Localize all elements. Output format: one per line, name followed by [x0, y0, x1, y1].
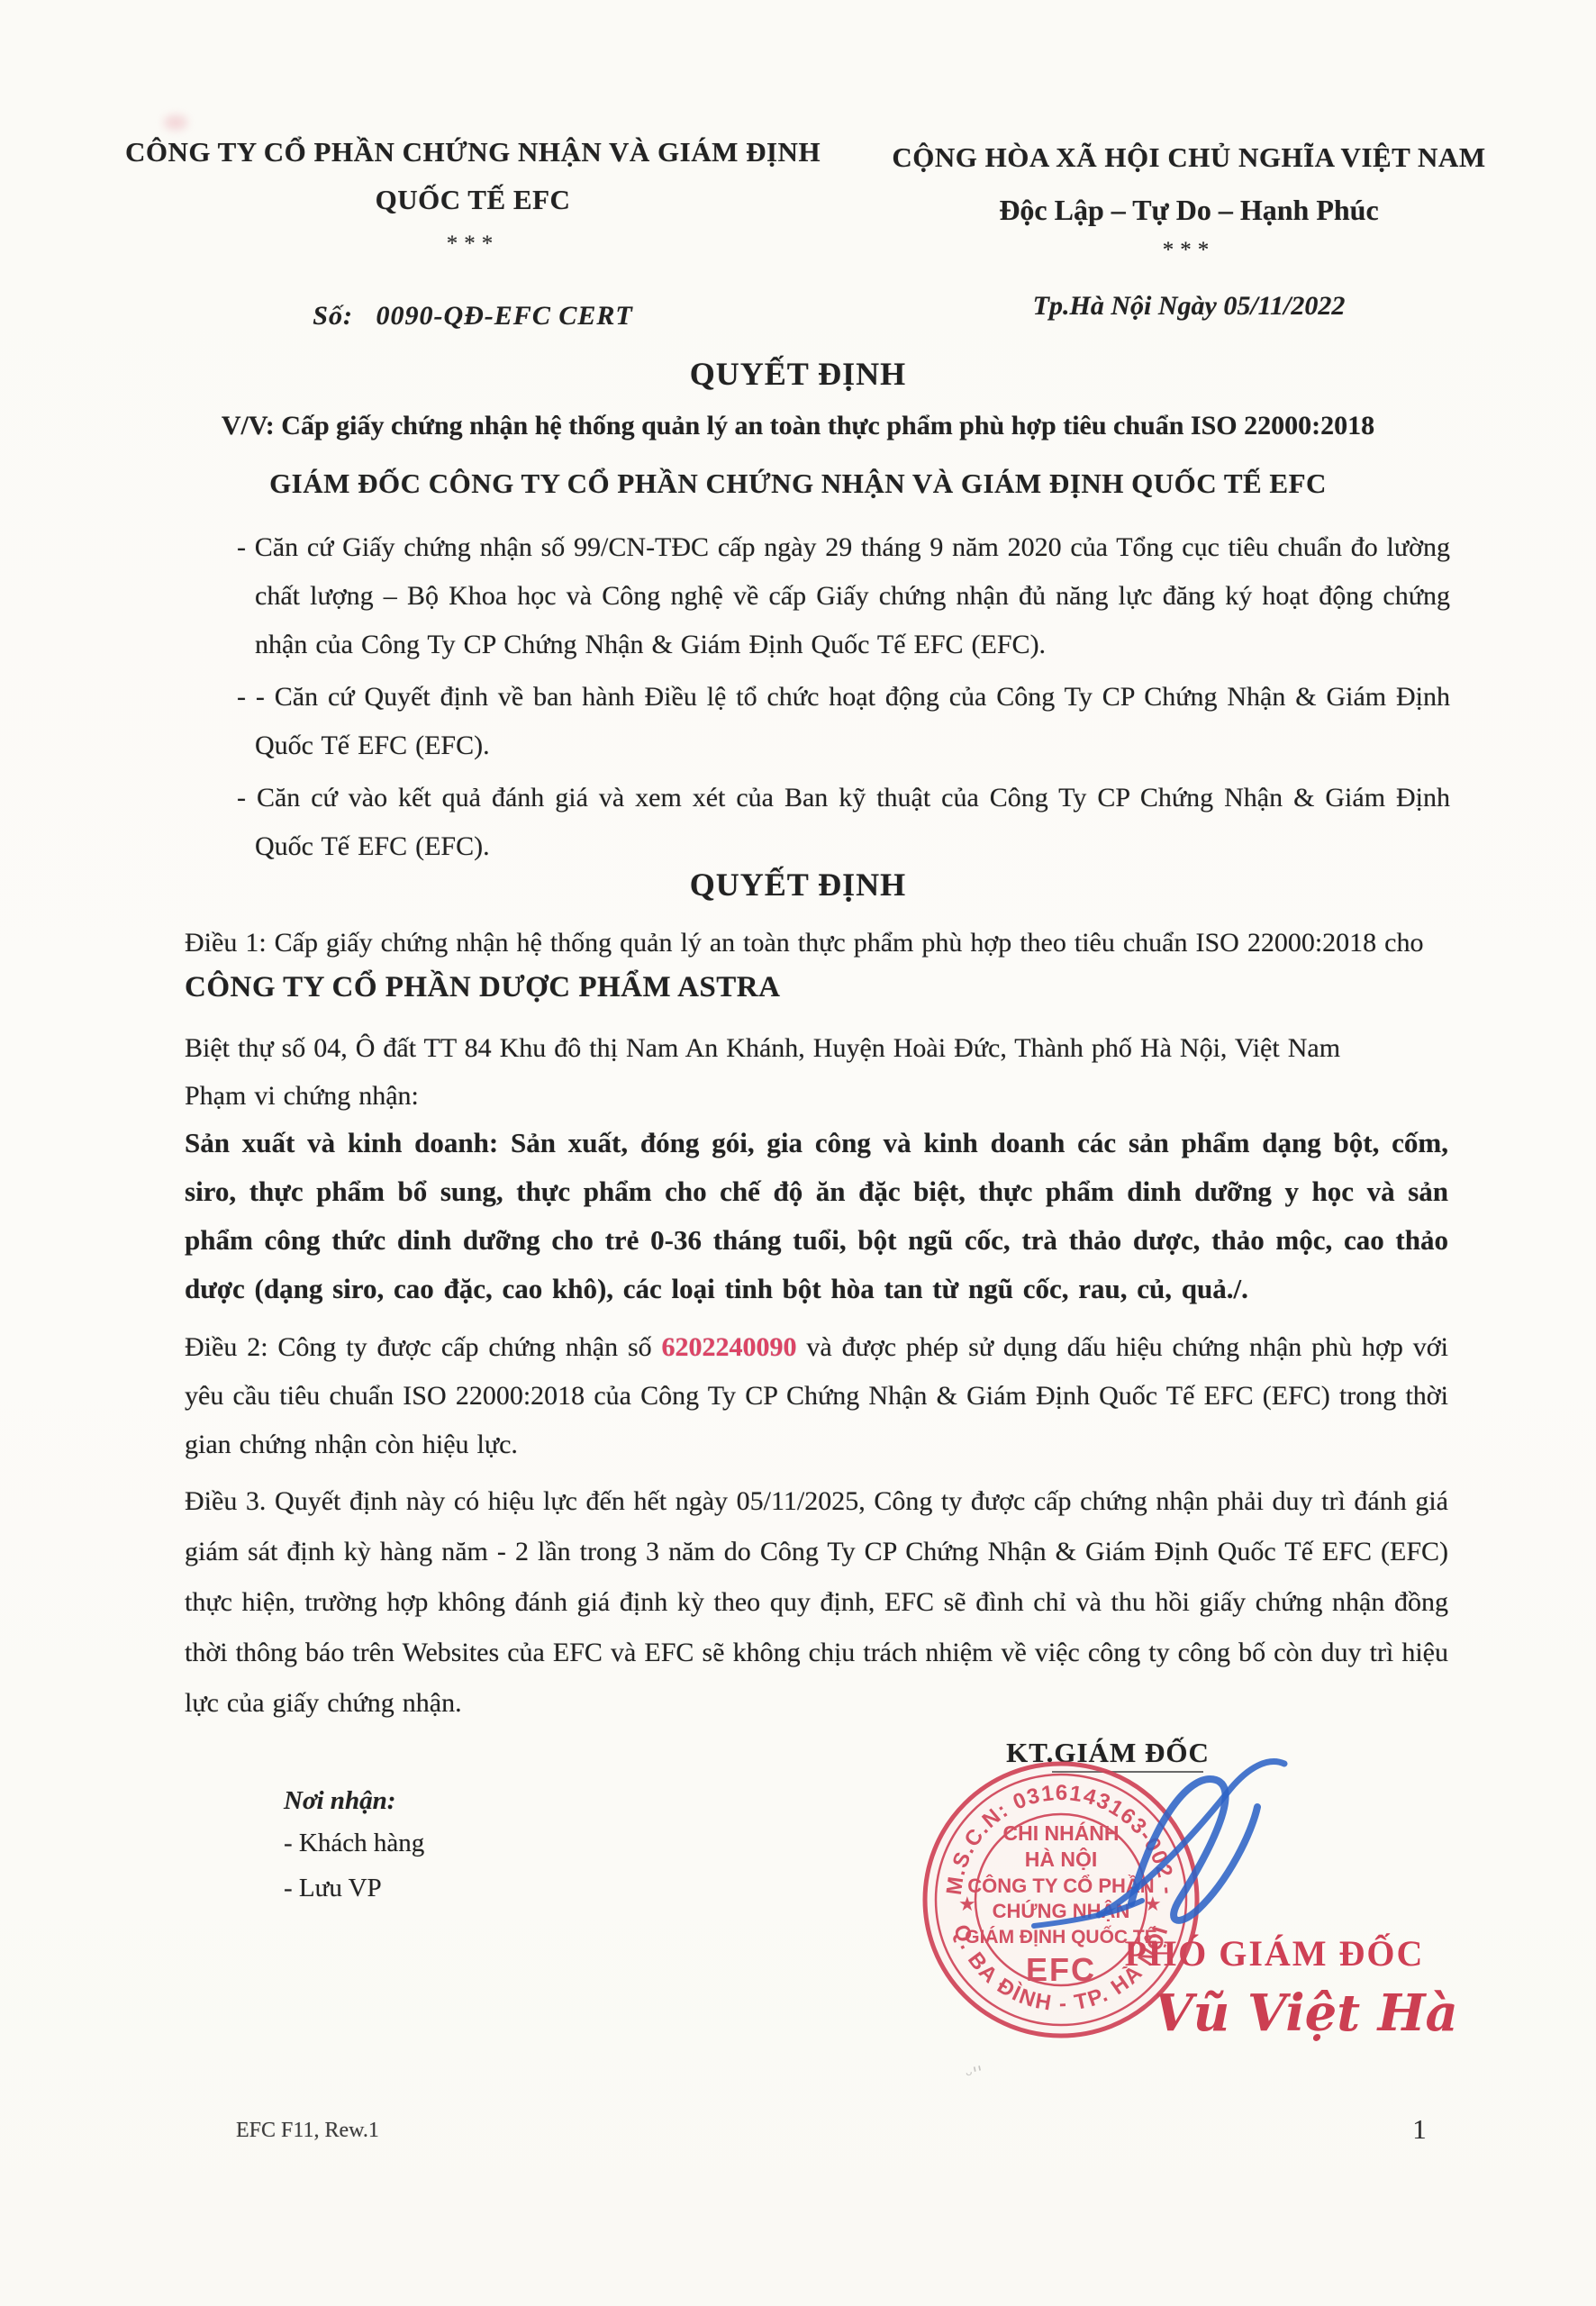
- whereas-item: - - Căn cứ Quyết định về ban hành Điều l…: [237, 673, 1450, 770]
- national-title: CỘNG HÒA XÃ HỘI CHỦ NGHĨA VIỆT NAM: [838, 135, 1540, 180]
- doc-number-line: Số: 0090-QĐ-EFC CERT: [90, 297, 856, 335]
- article2-paragraph: Điều 2: Công ty được cấp chứng nhận số 6…: [185, 1323, 1448, 1469]
- signature-tail-stroke: [1034, 1901, 1142, 1926]
- whereas-item: - Căn cứ Giấy chứng nhận số 99/CN-TĐC cấ…: [237, 523, 1450, 669]
- decision-title: QUYẾT ĐỊNH: [0, 354, 1596, 394]
- scope-paragraph: Sản xuất và kinh doanh: Sản xuất, đóng g…: [185, 1119, 1448, 1313]
- signature-main-loop: [1131, 1779, 1257, 1920]
- recipients-label: Nơi nhận:: [284, 1781, 662, 1820]
- document-page: ᵕ'' CÔNG TY CỔ PHẦN CHỨNG NHẬN VÀ GIÁM Đ…: [0, 0, 1596, 2306]
- org-name-line2: QUỐC TẾ EFC: [90, 176, 856, 223]
- stamp-efc-text: EFC: [1026, 1951, 1096, 1988]
- company-address: Biệt thự số 04, Ô đất TT 84 Khu đô thị N…: [185, 1024, 1448, 1073]
- footer-doc-ref: EFC F11, Rew.1: [236, 2117, 379, 2144]
- issuing-org-block: CÔNG TY CỔ PHẦN CHỨNG NHẬN VÀ GIÁM ĐỊNH …: [90, 128, 856, 335]
- article1-paragraph: Điều 1: Cấp giấy chứng nhận hệ thống quả…: [185, 919, 1448, 967]
- national-motto: Độc Lập – Tự Do – Hạnh Phúc: [838, 187, 1540, 232]
- national-motto-block: CỘNG HÒA XÃ HỘI CHỦ NGHĨA VIỆT NAM Độc L…: [838, 135, 1540, 326]
- article3-paragraph: Điều 3. Quyết định này có hiệu lực đến h…: [185, 1476, 1448, 1729]
- page-number: 1: [1392, 2110, 1446, 2149]
- whereas-item: - Căn cứ vào kết quả đánh giá và xem xét…: [237, 774, 1450, 871]
- decision-heading: QUYẾT ĐỊNH: [0, 864, 1596, 905]
- org-divider-stars: ***: [90, 231, 856, 258]
- recipient-item: - Lưu VP: [284, 1866, 662, 1911]
- decision-subject: V/V: Cấp giấy chứng nhận hệ thống quản l…: [81, 406, 1515, 446]
- national-divider-stars: ***: [838, 238, 1540, 263]
- org-name-line1: CÔNG TY CỔ PHẦN CHỨNG NHẬN VÀ GIÁM ĐỊNH: [90, 128, 856, 176]
- signature-scribble: [1016, 1755, 1304, 1935]
- issuer-heading: GIÁM ĐỐC CÔNG TY CỔ PHẦN CHỨNG NHẬN VÀ G…: [81, 464, 1515, 504]
- recipients-block: Nơi nhận: - Khách hàng - Lưu VP: [284, 1781, 662, 1911]
- whereas-list: - Căn cứ Giấy chứng nhận số 99/CN-TĐC cấ…: [237, 523, 1450, 875]
- certificate-number: 6202240090: [662, 1332, 797, 1362]
- scope-label: Phạm vi chứng nhận:: [185, 1072, 1448, 1121]
- doc-number-label: Số:: [313, 301, 353, 331]
- scan-speck: ᵕ'': [964, 2057, 1003, 2086]
- recipient-item: - Khách hàng: [284, 1820, 662, 1866]
- signature-strokes: [1016, 1755, 1304, 1935]
- place-date-line: Tp.Hà Nội Ngày 05/11/2022: [838, 286, 1540, 326]
- certified-company-name: CÔNG TY CỔ PHẦN DƯỢC PHẨM ASTRA: [185, 963, 1448, 1012]
- article2-text-start: Điều 2: Công ty được cấp chứng nhận số: [185, 1332, 662, 1362]
- doc-number-value: 0090-QĐ-EFC CERT: [376, 301, 632, 331]
